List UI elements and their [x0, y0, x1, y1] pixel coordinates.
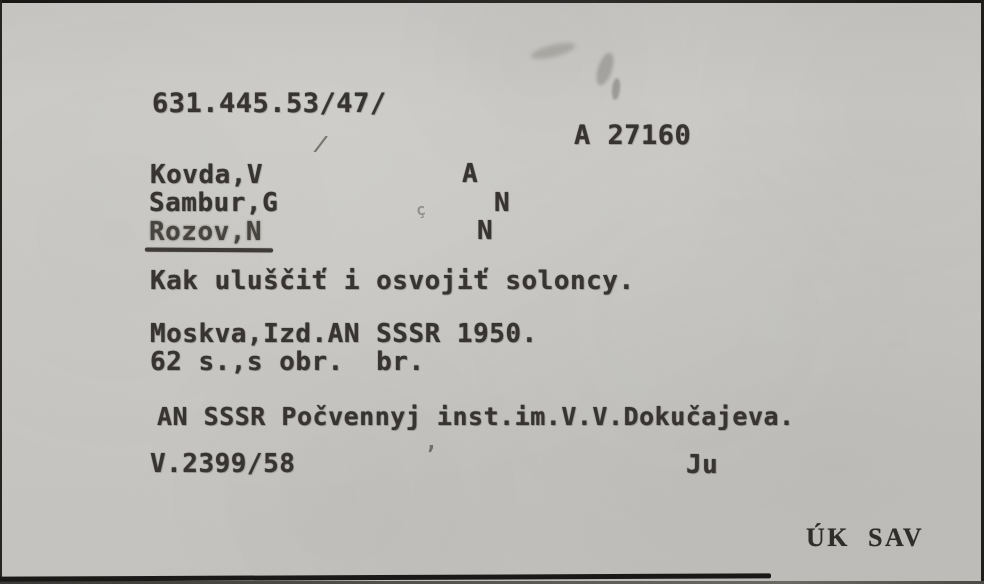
- stray-ink-mark: /: [312, 131, 330, 158]
- title: Kak uluščiť i osvojiť soloncy.: [150, 268, 635, 294]
- smudge: [529, 40, 577, 63]
- stray-ink-mark: ’: [424, 443, 437, 468]
- stray-ink-mark: ç: [415, 199, 427, 219]
- library-stamp: ÚK SAV: [806, 525, 924, 551]
- series-note: AN SSSR Počvennyj inst.im.V.V.Dokučajeva…: [157, 404, 795, 429]
- author-name: Rozov,N: [149, 219, 262, 245]
- imprint-line: Moskva,Izd.AN SSSR 1950.: [150, 321, 538, 347]
- shelfmark: V.2399/58: [150, 451, 295, 477]
- author-name: Kovda,V: [150, 162, 263, 188]
- smudge: [611, 78, 621, 101]
- smudge: [593, 51, 617, 88]
- collation-line: 62 s.,s obr. br.: [150, 349, 425, 375]
- card-edge-left: [0, 0, 2, 584]
- catalog-card: 631.445.53/47/ A 27160 Kovda,V A Sambur,…: [0, 0, 984, 584]
- author-initial: N: [494, 190, 510, 216]
- author-initial: N: [477, 218, 493, 244]
- classification-number: 631.445.53/47/: [152, 90, 387, 117]
- author-underline: [145, 248, 273, 253]
- cataloguer-initials: Ju: [686, 452, 718, 478]
- accession-number: A 27160: [574, 122, 691, 149]
- author-initial: A: [462, 161, 478, 187]
- card-edge-top: [0, 0, 984, 3]
- author-name: Sambur,G: [149, 190, 278, 216]
